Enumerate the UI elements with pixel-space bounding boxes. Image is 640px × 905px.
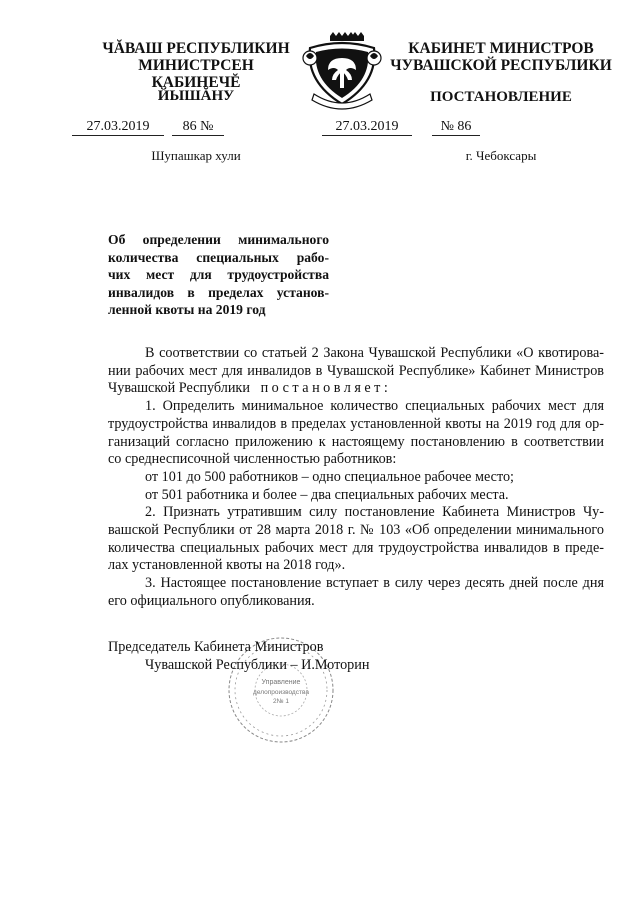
body-fragment: Чувашской Республики — [108, 380, 250, 396]
body-line: ганизаций согласно приложению к настояще… — [108, 434, 604, 452]
title-line: чих мест для трудоустройства — [108, 266, 329, 284]
body-line: 3. Настоящее постановление вступает в си… — [108, 575, 604, 593]
header-left-line1: ЧĂВАШ РЕСПУБЛИКИН — [92, 40, 300, 57]
header-right-line1: КАБИНЕТ МИНИСТРОВ — [388, 40, 614, 57]
signature-title: Председатель Кабинета Министров — [108, 638, 369, 656]
header-right-doc-type: ПОСТАНОВЛЕНИЕ — [388, 89, 614, 106]
signature-name: Чувашской Республики – И.Моторин — [108, 656, 369, 674]
body-line: В соответствии со статьей 2 Закона Чуваш… — [108, 345, 604, 363]
left-number: 86 № — [172, 119, 224, 136]
signature-block: Председатель Кабинета Министров Чувашско… — [108, 638, 369, 674]
right-date-field: 27.03.2019 — [322, 119, 412, 139]
resolution-word: постановляет: — [261, 380, 392, 396]
body-line: вашской Республики от 28 марта 2018 г. №… — [108, 522, 604, 540]
body-line: лах установленной квоты на 2018 год». — [108, 557, 604, 575]
right-place: г. Чебоксары — [388, 148, 614, 164]
left-place: Шупашкар хули — [92, 148, 300, 164]
left-number-field: 86 № — [172, 119, 224, 139]
body-line: трудоустройства инвалидов в пределах уст… — [108, 416, 604, 434]
body-line: со среднесписочной численностью работник… — [108, 451, 604, 469]
right-number: № 86 — [432, 119, 480, 136]
stamp-line2: делопроизводства — [253, 689, 309, 696]
stamp-line1: Управление — [262, 679, 301, 686]
coat-of-arms-icon — [300, 28, 384, 118]
body-line: от 501 работника и более – два специальн… — [108, 487, 604, 505]
body-line: количества специальных рабочих мест для … — [108, 540, 604, 558]
header-left-org: ЧĂВАШ РЕСПУБЛИКИН МИНИСТРСЕН КАБИНЕЧĔ — [92, 40, 300, 91]
right-number-field: № 86 — [432, 119, 480, 139]
document-body: В соответствии со статьей 2 Закона Чуваш… — [108, 345, 604, 611]
body-line: 1. Определить минимальное количество спе… — [108, 398, 604, 416]
header-left-line2: МИНИСТРСЕН КАБИНЕЧĔ — [92, 57, 300, 91]
header-right-line2: ЧУВАШСКОЙ РЕСПУБЛИКИ — [388, 57, 614, 74]
title-line: количества специальных рабо- — [108, 249, 329, 267]
body-line: Чувашской Республики постановляет: — [108, 380, 604, 398]
title-line: инвалидов в пределах установ- — [108, 284, 329, 302]
title-line: ленной квоты на 2019 год — [108, 301, 329, 319]
header-left-doc-type: ЙЫШĂНУ — [92, 88, 300, 105]
left-date-field: 27.03.2019 — [72, 119, 164, 139]
body-line: его официального опубликования. — [108, 593, 604, 611]
body-line: от 101 до 500 работников – одно специаль… — [108, 469, 604, 487]
body-line: 2. Признать утратившим силу постановлени… — [108, 504, 604, 522]
document-title: Об определении минимального количества с… — [108, 231, 329, 319]
header-right-org: КАБИНЕТ МИНИСТРОВ ЧУВАШСКОЙ РЕСПУБЛИКИ — [388, 40, 614, 74]
title-line: Об определении минимального — [108, 231, 329, 249]
stamp-line3: 2№ 1 — [273, 698, 289, 705]
left-date: 27.03.2019 — [72, 119, 164, 136]
body-line: нии рабочих мест для инвалидов в Чувашск… — [108, 363, 604, 381]
right-date: 27.03.2019 — [322, 119, 412, 136]
